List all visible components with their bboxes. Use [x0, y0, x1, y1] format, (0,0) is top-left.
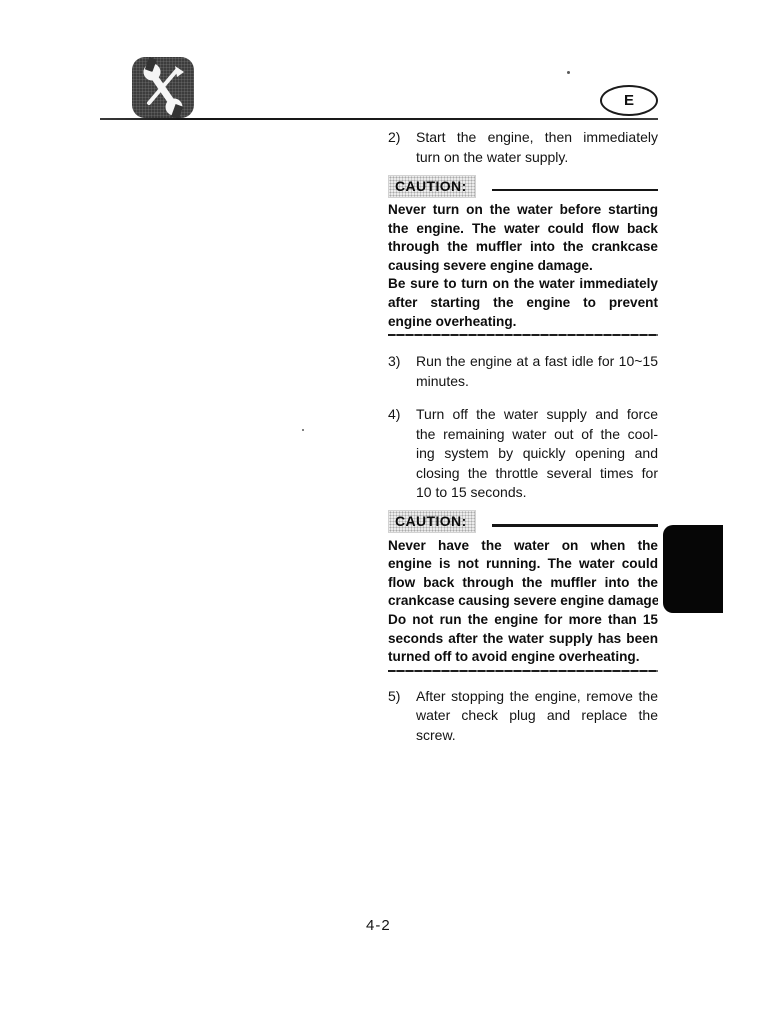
language-badge: E: [600, 85, 658, 116]
step-text: Run the engine at a fast idle for 10~15m…: [416, 352, 658, 391]
caution-underline: [492, 524, 658, 527]
step-item-2: 2) Start the engine, then immediatelytur…: [388, 128, 658, 167]
chapter-edge-tab: [663, 525, 723, 613]
step-number: 5): [388, 687, 416, 746]
step-item-5: 5) After stopping the engine, remove the…: [388, 687, 658, 746]
content-column: 2) Start the engine, then immediatelytur…: [388, 128, 658, 745]
step-item-4: 4) Turn off the water supply and forceth…: [388, 405, 658, 503]
caution-label: CAUTION:: [388, 175, 476, 198]
caution-header: CAUTION:: [388, 510, 658, 534]
scan-speck: [302, 429, 304, 431]
caution-bottom-rule: [388, 334, 658, 336]
step-item-3: 3) Run the engine at a fast idle for 10~…: [388, 352, 658, 391]
caution-text: Never turn on the water before startingt…: [388, 201, 658, 331]
language-badge-letter: E: [624, 92, 634, 109]
caution-bottom-rule: [388, 670, 658, 672]
step-number: 4): [388, 405, 416, 503]
caution-label: CAUTION:: [388, 510, 476, 533]
page-number: 4-2: [366, 917, 391, 934]
caution-block-2: CAUTION: Never have the water on when th…: [388, 510, 658, 672]
header-rule: [100, 118, 658, 120]
step-text: Turn off the water supply and forcethe r…: [416, 405, 658, 503]
caution-block-1: CAUTION: Never turn on the water before …: [388, 174, 658, 336]
step-number: 3): [388, 352, 416, 391]
step-text: After stopping the engine, remove thewat…: [416, 687, 658, 746]
step-number: 2): [388, 128, 416, 167]
caution-text: Never have the water on when theengine i…: [388, 537, 658, 667]
caution-header: CAUTION:: [388, 174, 658, 198]
step-text: Start the engine, then immediatelyturn o…: [416, 128, 658, 167]
caution-underline: [492, 189, 658, 192]
scan-speck: [567, 71, 570, 74]
crossed-wrenches-icon: [132, 57, 194, 118]
